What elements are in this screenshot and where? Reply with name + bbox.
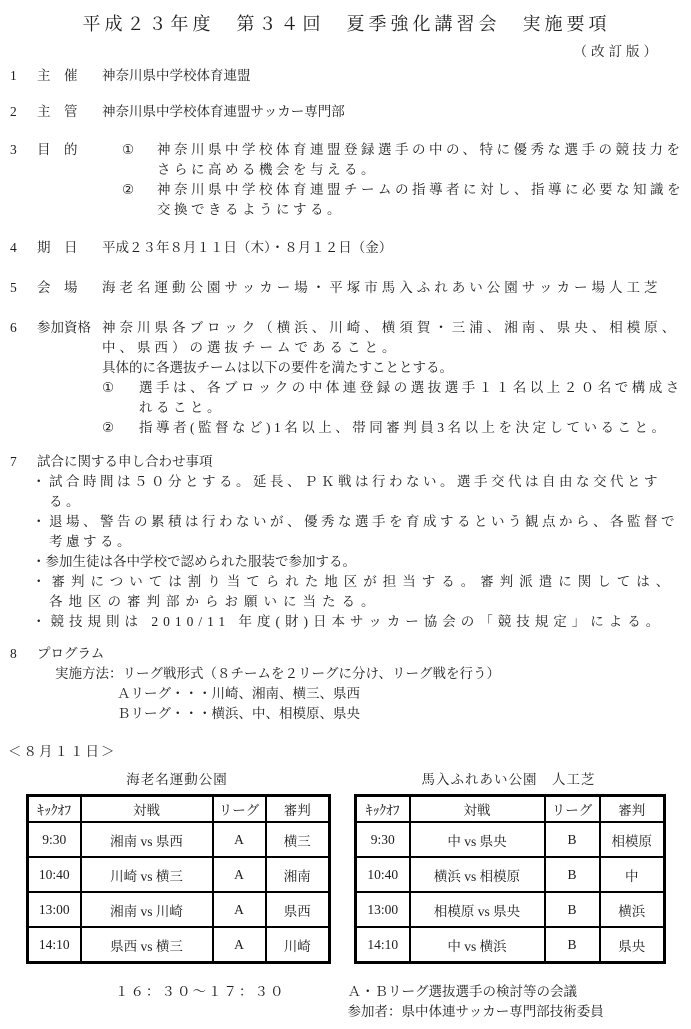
circled-number: ① bbox=[122, 140, 157, 180]
col-header-kickoff: ｷｯｸｵﾌ bbox=[28, 796, 81, 823]
league-cell: A bbox=[213, 892, 266, 927]
section-label: 主 管 bbox=[37, 102, 102, 122]
kickoff-cell: 9:30 bbox=[28, 822, 81, 857]
purpose-item-2: ② 神奈川県中学校体育連盟チームの指導者に対し、指導に必要な知識を交換できるよう… bbox=[102, 180, 685, 220]
purpose-item-text: 神奈川県中学校体育連盟登録選手の中の、特に優秀な選手の競技力をさらに高める機会を… bbox=[157, 140, 685, 180]
purpose-item-1: ① 神奈川県中学校体育連盟登録選手の中の、特に優秀な選手の競技力をさらに高める機… bbox=[102, 140, 685, 180]
section-program: 8 プログラム bbox=[8, 644, 685, 664]
schedule-tables: 海老名運動公園 ｷｯｸｵﾌ 対戦 リーグ 審判 9:30 湘南 vs 県西 A … bbox=[26, 770, 685, 964]
match-cell: 湘南 vs 県西 bbox=[81, 822, 213, 857]
program-method: 実施方法：リーグ戦形式（８チームを２リーグに分け、リーグ戦を行う） bbox=[55, 664, 685, 684]
table-header-row: ｷｯｸｵﾌ 対戦 リーグ 審判 bbox=[356, 796, 665, 823]
referee-cell: 川崎 bbox=[266, 927, 330, 963]
meeting-participants: 参加者：県中体連サッカー専門部技術委員 bbox=[348, 1002, 604, 1022]
rule-item: ・競技規則は 2010/11 年度(財)日本サッカー協会の「競技規定」による。 bbox=[32, 612, 685, 632]
schedule-table-ebina: ｷｯｸｵﾌ 対戦 リーグ 審判 9:30 湘南 vs 県西 A 横三 10:40… bbox=[26, 794, 331, 964]
kickoff-cell: 9:30 bbox=[356, 822, 410, 857]
kickoff-cell: 14:10 bbox=[356, 927, 410, 963]
section-supervisor: 2 主 管 神奈川県中学校体育連盟サッカー専門部 bbox=[8, 102, 685, 122]
col-header-league: リーグ bbox=[545, 796, 600, 823]
eligibility-item-text: 選手は、各ブロックの中体連登録の選抜選手１１名以上２０名で構成されること。 bbox=[139, 378, 685, 418]
league-cell: A bbox=[213, 822, 266, 857]
venue-banyu: 馬入ふれあい公園 人工芝 ｷｯｸｵﾌ 対戦 リーグ 審判 9:30 中 vs 県… bbox=[354, 770, 663, 964]
section-number: 5 bbox=[8, 278, 37, 298]
circled-number: ① bbox=[102, 378, 139, 418]
section-label: 会 場 bbox=[37, 278, 102, 298]
eligibility-text: 神奈川県各ブロック（横浜、川崎、横須賀・三浦、湘南、県央、相模原、中、県西）の選… bbox=[102, 318, 685, 358]
col-header-match: 対戦 bbox=[81, 796, 213, 823]
eligibility-item-2: ② 指導者(監督など)1名以上、帯同審判員3名以上を決定していること。 bbox=[102, 418, 685, 438]
section-number: 4 bbox=[8, 238, 37, 258]
section-number: 7 bbox=[8, 452, 37, 472]
match-cell: 県西 vs 横三 bbox=[81, 927, 213, 963]
schedule-date-heading: ＜８月１１日＞ bbox=[8, 742, 685, 762]
section-body: ① 神奈川県中学校体育連盟登録選手の中の、特に優秀な選手の競技力をさらに高める機… bbox=[102, 140, 685, 220]
table-row: 14:10 中 vs 横浜 B 県央 bbox=[356, 927, 665, 963]
league-cell: B bbox=[545, 857, 600, 892]
rule-item: ・退場、警告の累積は行わないが、優秀な選手を育成するという観点から、各監督で考慮… bbox=[32, 512, 685, 552]
col-header-league: リーグ bbox=[213, 796, 266, 823]
meeting-info: １６：３０～１７：３０ Ａ・Ｂリーグ選抜選手の検討等の会議 参加者：県中体連サッ… bbox=[115, 982, 685, 1022]
venue-ebina: 海老名運動公園 ｷｯｸｵﾌ 対戦 リーグ 審判 9:30 湘南 vs 県西 A … bbox=[26, 770, 328, 964]
referee-cell: 相模原 bbox=[600, 822, 665, 857]
section-number: 2 bbox=[8, 102, 37, 122]
section-label: 主 催 bbox=[37, 66, 102, 86]
section-heading: プログラム bbox=[37, 644, 104, 664]
section-match-rules: 7 試合に関する申し合わせ事項 bbox=[8, 452, 685, 472]
program-league-b: Ｂリーグ・・・横浜、中、相模原、県央 bbox=[117, 704, 685, 724]
section-eligibility: 6 参加資格 神奈川県各ブロック（横浜、川崎、横須賀・三浦、湘南、県央、相模原、… bbox=[8, 318, 685, 438]
section-label: 参加資格 bbox=[37, 318, 102, 338]
section-date: 4 期 日 平成２３年８月１１日（木）・８月１２日（金） bbox=[8, 238, 685, 258]
rule-item: ・参加生徒は各中学校で認められた服装で参加する。 bbox=[32, 552, 685, 572]
league-cell: B bbox=[545, 822, 600, 857]
program-league-a: Ａリーグ・・・川崎、湘南、横三、県西 bbox=[117, 684, 685, 704]
table-row: 13:00 相模原 vs 県央 B 横浜 bbox=[356, 892, 665, 927]
match-cell: 横浜 vs 相模原 bbox=[410, 857, 545, 892]
kickoff-cell: 10:40 bbox=[356, 857, 410, 892]
rule-item: ・審判については割り当てられた地区が担当する。審判派遣に関しては、各地区の審判部… bbox=[32, 572, 685, 612]
schedule-table-banyu: ｷｯｸｵﾌ 対戦 リーグ 審判 9:30 中 vs 県央 B 相模原 10:40… bbox=[354, 794, 666, 964]
table-header-row: ｷｯｸｵﾌ 対戦 リーグ 審判 bbox=[28, 796, 330, 823]
league-cell: B bbox=[545, 927, 600, 963]
col-header-referee: 審判 bbox=[600, 796, 665, 823]
section-purpose: 3 目 的 ① 神奈川県中学校体育連盟登録選手の中の、特に優秀な選手の競技力をさ… bbox=[8, 140, 685, 220]
circled-number: ② bbox=[122, 180, 157, 220]
section-number: 8 bbox=[8, 644, 37, 664]
venue-title: 海老名運動公園 bbox=[26, 770, 328, 790]
venue-title: 馬入ふれあい公園 人工芝 bbox=[354, 770, 663, 790]
section-label: 期 日 bbox=[37, 238, 102, 258]
referee-cell: 中 bbox=[600, 857, 665, 892]
kickoff-cell: 10:40 bbox=[28, 857, 81, 892]
meeting-detail: Ａ・Ｂリーグ選抜選手の検討等の会議 参加者：県中体連サッカー専門部技術委員 bbox=[348, 982, 604, 1022]
section-body: 神奈川県中学校体育連盟サッカー専門部 bbox=[102, 102, 685, 122]
revision-note: （改訂版） bbox=[8, 42, 685, 62]
kickoff-cell: 14:10 bbox=[28, 927, 81, 963]
table-row: 13:00 湘南 vs 川崎 A 県西 bbox=[28, 892, 330, 927]
section-number: 3 bbox=[8, 140, 37, 160]
section-body: 平成２３年８月１１日（木）・８月１２日（金） bbox=[102, 238, 685, 258]
referee-cell: 県央 bbox=[600, 927, 665, 963]
col-header-match: 対戦 bbox=[410, 796, 545, 823]
match-rules-list: ・試合時間は５０分とする。延長、ＰＫ戦は行わない。選手交代は自由な交代とする。 … bbox=[32, 472, 685, 632]
league-cell: A bbox=[213, 857, 266, 892]
page-title: 平成２３年度 第３４回 夏季強化講習会 実施要項 bbox=[8, 10, 685, 38]
kickoff-cell: 13:00 bbox=[356, 892, 410, 927]
eligibility-item-1: ① 選手は、各ブロックの中体連登録の選抜選手１１名以上２０名で構成されること。 bbox=[102, 378, 685, 418]
col-header-referee: 審判 bbox=[266, 796, 330, 823]
section-organizer: 1 主 催 神奈川県中学校体育連盟 bbox=[8, 66, 685, 86]
section-heading: 試合に関する申し合わせ事項 bbox=[37, 452, 213, 472]
circled-number: ② bbox=[102, 418, 139, 438]
rule-item: ・試合時間は５０分とする。延長、ＰＫ戦は行わない。選手交代は自由な交代とする。 bbox=[32, 472, 685, 512]
match-cell: 湘南 vs 川崎 bbox=[81, 892, 213, 927]
referee-cell: 湘南 bbox=[266, 857, 330, 892]
col-header-kickoff: ｷｯｸｵﾌ bbox=[356, 796, 410, 823]
table-row: 10:40 横浜 vs 相模原 B 中 bbox=[356, 857, 665, 892]
section-body: 神奈川県中学校体育連盟 bbox=[102, 66, 685, 86]
league-cell: A bbox=[213, 927, 266, 963]
meeting-time: １６：３０～１７：３０ bbox=[115, 982, 286, 1022]
match-cell: 中 vs 県央 bbox=[410, 822, 545, 857]
table-row: 9:30 中 vs 県央 B 相模原 bbox=[356, 822, 665, 857]
section-number: 1 bbox=[8, 66, 37, 86]
purpose-item-text: 神奈川県中学校体育連盟チームの指導者に対し、指導に必要な知識を交換できるようにす… bbox=[157, 180, 685, 220]
section-number: 6 bbox=[8, 318, 37, 338]
table-row: 9:30 湘南 vs 県西 A 横三 bbox=[28, 822, 330, 857]
referee-cell: 県西 bbox=[266, 892, 330, 927]
referee-cell: 横三 bbox=[266, 822, 330, 857]
meeting-title: Ａ・Ｂリーグ選抜選手の検討等の会議 bbox=[348, 982, 604, 1002]
section-body: 海老名運動公園サッカー場・平塚市馬入ふれあい公園サッカー場人工芝 bbox=[102, 278, 685, 298]
table-row: 10:40 川崎 vs 横三 A 湘南 bbox=[28, 857, 330, 892]
league-cell: B bbox=[545, 892, 600, 927]
match-cell: 中 vs 横浜 bbox=[410, 927, 545, 963]
table-row: 14:10 県西 vs 横三 A 川崎 bbox=[28, 927, 330, 963]
document-page: 平成２３年度 第３４回 夏季強化講習会 実施要項 （改訂版） 1 主 催 神奈川… bbox=[0, 0, 691, 1029]
eligibility-item-text: 指導者(監督など)1名以上、帯同審判員3名以上を決定していること。 bbox=[139, 418, 685, 438]
eligibility-note: 具体的に各選抜チームは以下の要件を満たすこととする。 bbox=[102, 358, 685, 378]
kickoff-cell: 13:00 bbox=[28, 892, 81, 927]
match-cell: 川崎 vs 横三 bbox=[81, 857, 213, 892]
section-body: 神奈川県各ブロック（横浜、川崎、横須賀・三浦、湘南、県央、相模原、中、県西）の選… bbox=[102, 318, 685, 438]
section-label: 目 的 bbox=[37, 140, 102, 160]
match-cell: 相模原 vs 県央 bbox=[410, 892, 545, 927]
section-venue: 5 会 場 海老名運動公園サッカー場・平塚市馬入ふれあい公園サッカー場人工芝 bbox=[8, 278, 685, 298]
referee-cell: 横浜 bbox=[600, 892, 665, 927]
